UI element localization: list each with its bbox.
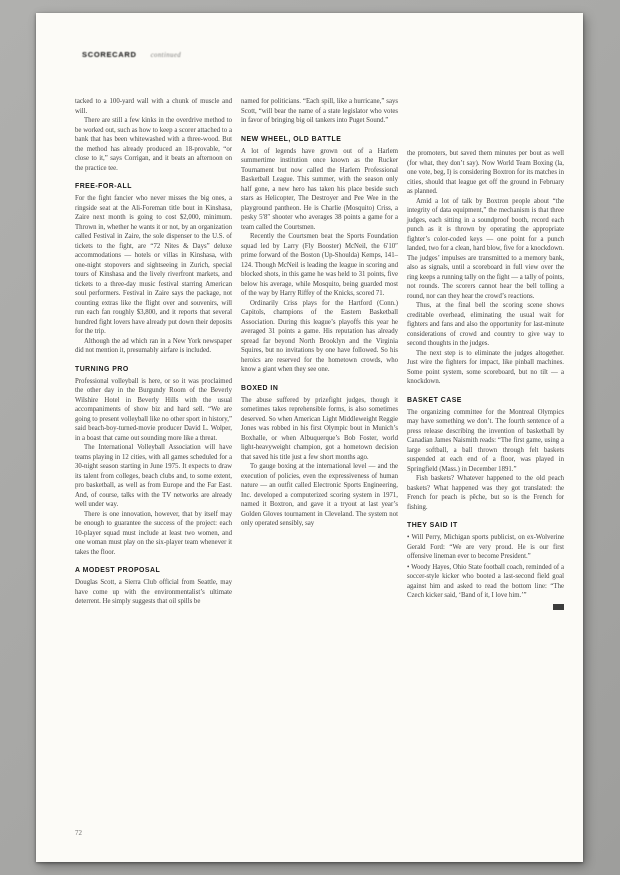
section-heading-boxed-in: BOXED IN: [241, 385, 398, 393]
column-right: the promoters, but saved them minutes pe…: [407, 149, 564, 612]
quote-bullet: • Woody Hayes, Ohio State football coach…: [407, 563, 564, 601]
section-heading-modest-proposal: A MODEST PROPOSAL: [75, 567, 232, 575]
section-heading-turning-pro: TURNING PRO: [75, 366, 232, 374]
section-title: SCORECARD: [82, 50, 137, 59]
paragraph: Ordinarily Criss plays for the Hartford …: [241, 299, 398, 375]
paragraph: The abuse suffered by prizefight judges,…: [241, 396, 398, 463]
section-heading-new-wheel: NEW WHEEL, OLD BATTLE: [241, 136, 398, 144]
paragraph: Fish baskets? Whatever happened to the o…: [407, 474, 564, 512]
quote-bullet: • Will Perry, Michigan sports publicist,…: [407, 533, 564, 562]
paragraph-continuation: the promoters, but saved them minutes pe…: [407, 149, 564, 197]
paragraph: Douglas Scott, a Sierra Club official fr…: [75, 578, 232, 607]
column-middle: named for politicians. “Each spill, like…: [241, 97, 398, 529]
paragraph: The International Volleyball Association…: [75, 443, 232, 510]
paragraph: For the fight fancier who never misses t…: [75, 194, 232, 337]
section-continued-label: continued: [151, 52, 181, 59]
paragraph: To gauge boxing at the international lev…: [241, 462, 398, 529]
paragraph: Professional volleyball is here, or so i…: [75, 377, 232, 444]
paragraph-continuation: tacked to a 100-yard wall with a chunk o…: [75, 97, 232, 116]
column-left: tacked to a 100-yard wall with a chunk o…: [75, 97, 232, 607]
paragraph: There is one innovation, however, that b…: [75, 510, 232, 558]
scan-background: SCORECARD continued tacked to a 100-yard…: [0, 0, 620, 875]
section-heading-free-for-all: FREE-FOR-ALL: [75, 183, 232, 191]
page-header: SCORECARD continued: [82, 44, 181, 62]
paragraph: Amid a lot of talk by Boxtron people abo…: [407, 197, 564, 302]
section-heading-they-said-it: THEY SAID IT: [407, 522, 564, 530]
paragraph: The next step is to eliminate the judges…: [407, 349, 564, 387]
page-number: 72: [75, 829, 82, 837]
paragraph: There are still a few kinks in the overd…: [75, 116, 232, 173]
paragraph: Recently the Courtsmen beat the Sports F…: [241, 232, 398, 299]
magazine-page: SCORECARD continued tacked to a 100-yard…: [36, 13, 583, 862]
end-row: [407, 603, 564, 613]
paragraph: Although the ad which ran in a New York …: [75, 337, 232, 356]
paragraph: A lot of legends have grown out of a Har…: [241, 147, 398, 233]
paragraph: Thus, at the final bell the scoring scen…: [407, 301, 564, 349]
end-mark-icon: [553, 604, 564, 610]
section-heading-basket-case: BASKET CASE: [407, 397, 564, 405]
paragraph-continuation: named for politicians. “Each spill, like…: [241, 97, 398, 126]
paragraph: The organizing committee for the Montrea…: [407, 408, 564, 475]
